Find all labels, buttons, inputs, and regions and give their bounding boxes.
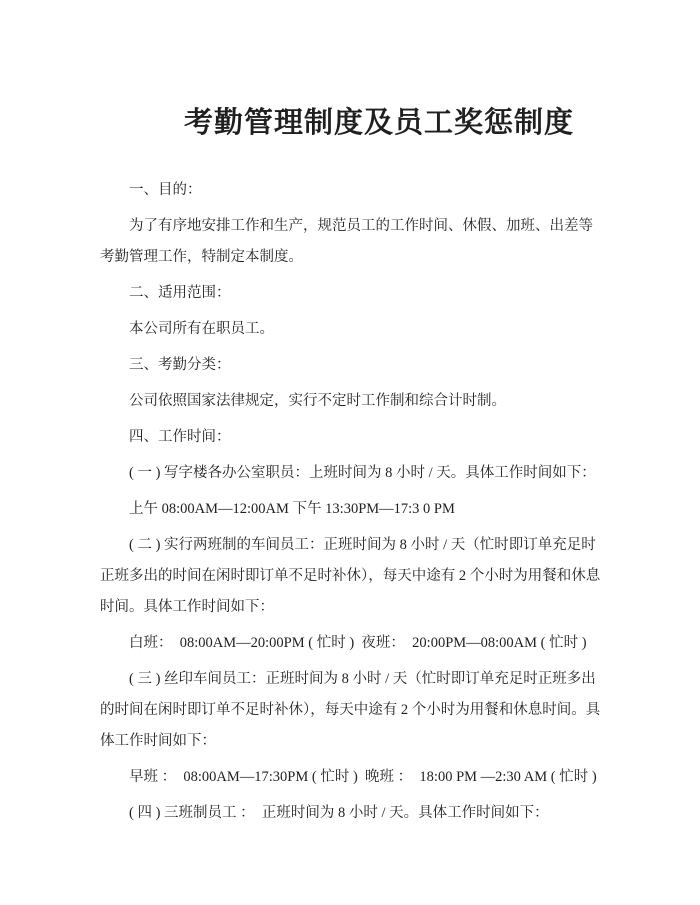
paragraph-heading-scope: 二、适用范围：	[100, 278, 606, 309]
paragraph-office-schedule: 上午 08:00AM—12:00AM 下午 13:30PM—17:3 0 PM	[100, 494, 606, 525]
document-body: 一、目的： 为了有序地安排工作和生产，规范员工的工作时间、休假、加班、出差等考勤…	[100, 175, 606, 829]
document-title: 考勤管理制度及员工奖惩制度	[100, 103, 606, 143]
paragraph-office-staff: ( 一 ) 写字楼各办公室职员：上班时间为 8 小时 / 天。具体工作时间如下：	[100, 458, 606, 489]
paragraph-purpose-text: 为了有序地安排工作和生产，规范员工的工作时间、休假、加班、出差等考勤管理工作，特…	[100, 211, 606, 273]
paragraph-classification-text: 公司依照国家法律规定，实行不定时工作制和综合计时制。	[100, 386, 606, 417]
paragraph-heading-purpose: 一、目的：	[100, 175, 606, 206]
document-page: 考勤管理制度及员工奖惩制度 一、目的： 为了有序地安排工作和生产，规范员工的工作…	[0, 0, 700, 905]
paragraph-heading-classification: 三、考勤分类：	[100, 350, 606, 381]
paragraph-silkprint-staff: ( 三 ) 丝印车间员工：正班时间为 8 小时 / 天（忙时即订单充足时正班多出…	[100, 664, 606, 757]
paragraph-scope-text: 本公司所有在职员工。	[100, 314, 606, 345]
paragraph-two-shift-schedule: 白班： 08:00AM—20:00PM ( 忙时 ) 夜班： 20:00PM—0…	[100, 628, 606, 659]
paragraph-heading-work-hours: 四、工作时间：	[100, 422, 606, 453]
paragraph-three-shift-staff: ( 四 ) 三班制员工 ： 正班时间为 8 小时 / 天。具体工作时间如下：	[100, 798, 606, 829]
paragraph-silkprint-schedule: 早班 ： 08:00AM—17:30PM ( 忙时 ) 晚班 ： 18:00 P…	[100, 762, 606, 793]
paragraph-two-shift-staff: ( 二 ) 实行两班制的车间员工：正班时间为 8 小时 / 天（忙时即订单充足时…	[100, 530, 606, 623]
